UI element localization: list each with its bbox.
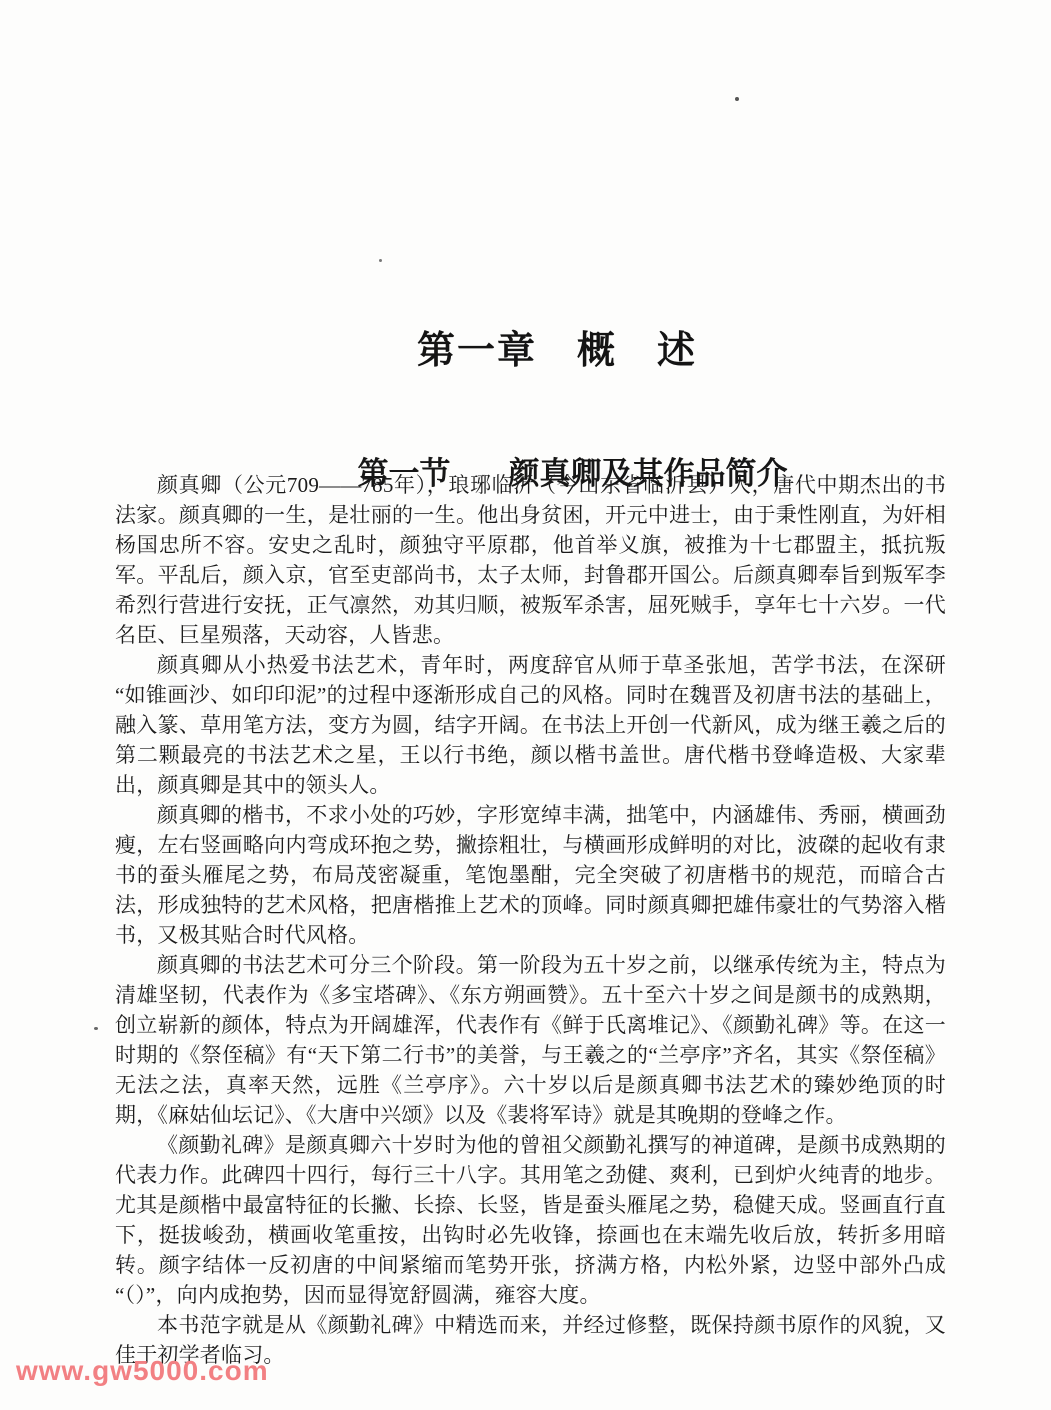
paragraph: 颜真卿从小热爱书法艺术，青年时，两度辞官从师于草圣张旭，苦学书法，在深研“如锥画…	[115, 650, 946, 800]
document-page: 第一章 概 述 第一节颜真卿及其作品简介 颜真卿（公元709——785年），琅琊…	[0, 0, 1051, 1410]
paragraph: 颜真卿（公元709——785年），琅琊临沂（今山东省临沂县）人，唐代中期杰出的书…	[115, 470, 946, 650]
paragraph: 颜真卿的书法艺术可分三个阶段。第一阶段为五十岁之前，以继承传统为主，特点为清雄坚…	[115, 950, 946, 1130]
chapter-title: 第一章 概 述	[142, 319, 972, 374]
paragraph: 《颜勤礼碑》是颜真卿六十岁时为他的曾祖父颜勤礼撰写的神道碑，是颜书成熟期的代表力…	[115, 1130, 946, 1310]
body-text: 颜真卿（公元709——785年），琅琊临沂（今山东省临沂县）人，唐代中期杰出的书…	[115, 470, 946, 1370]
scan-speck	[94, 1027, 98, 1030]
scan-speck	[389, 1282, 392, 1285]
scan-speck	[735, 97, 739, 101]
watermark-text: www.gw5000.com	[16, 1355, 269, 1387]
scan-speck	[379, 259, 382, 262]
paragraph: 颜真卿的楷书，不求小处的巧妙，字形宽绰丰满，拙笔中，内涵雄伟、秀丽，横画劲瘦，左…	[115, 800, 946, 950]
